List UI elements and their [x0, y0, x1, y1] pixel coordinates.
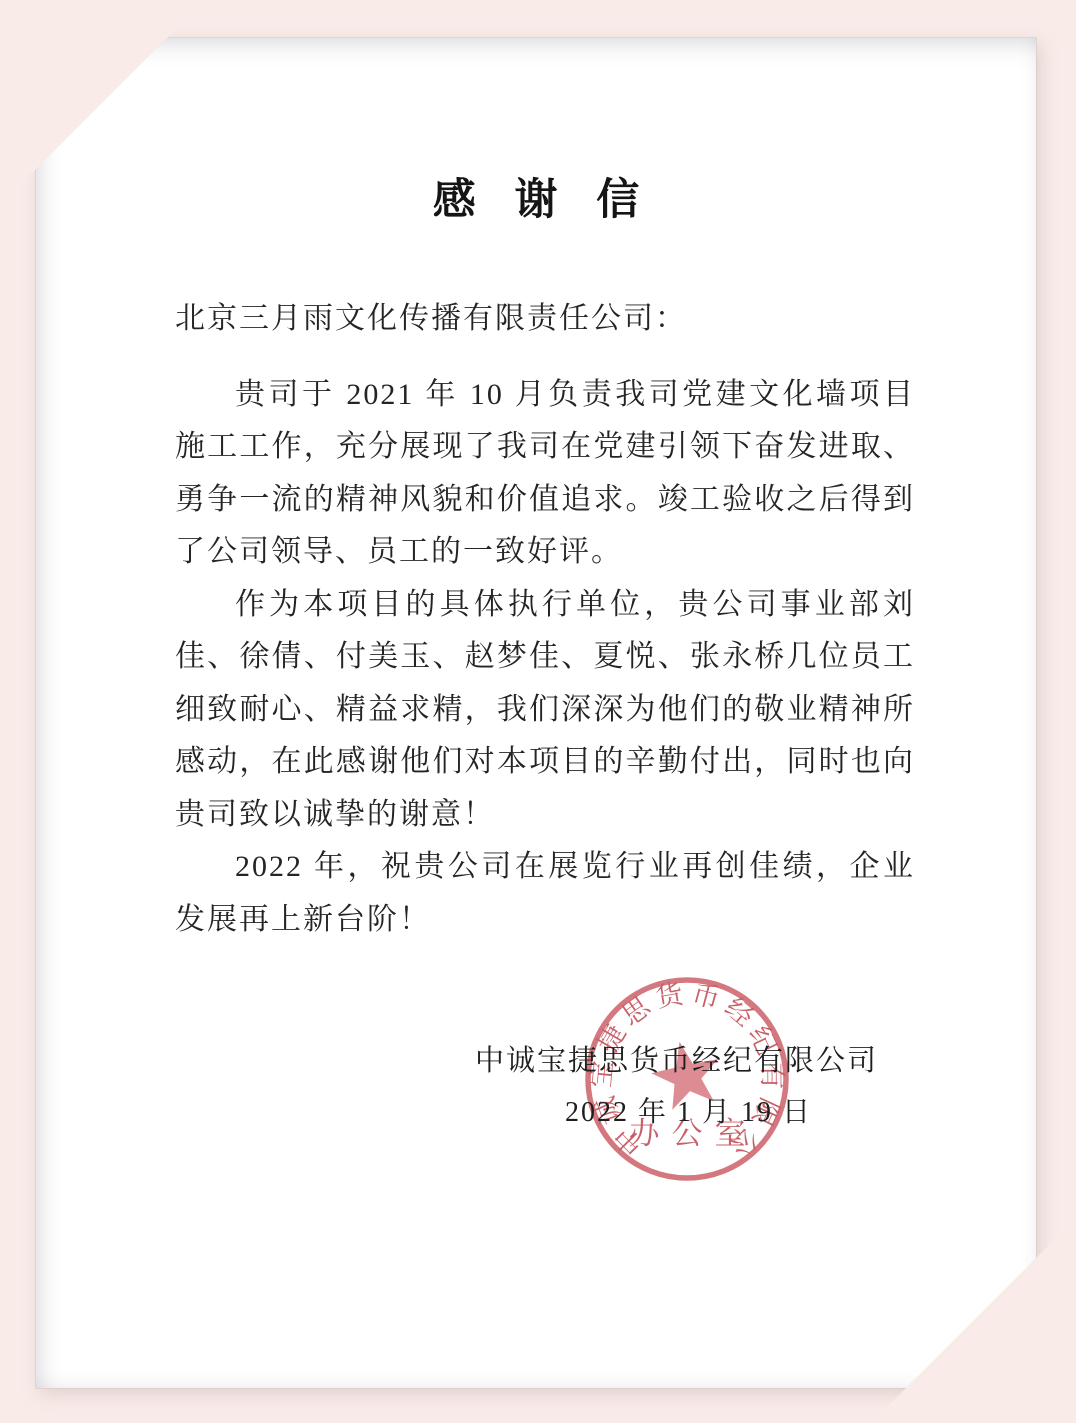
letter-body: 北京三月雨文化传播有限责任公司： 贵司于 2021 年 10 月负责我司党建文化… — [175, 293, 915, 946]
letter-title: 感 谢 信 — [36, 166, 1036, 227]
letter-page: 感 谢 信 北京三月雨文化传播有限责任公司： 贵司于 2021 年 10 月负责… — [36, 38, 1036, 1388]
paragraph-2: 作为本项目的具体执行单位，贵公司事业部刘佳、徐倩、付美玉、赵梦佳、夏悦、张永桥几… — [175, 579, 915, 842]
company-seal-stamp: 中诚宝捷思货币经纪有限公司 办公室 — [572, 964, 802, 1194]
paragraph-3: 2022 年，祝贵公司在展览行业再创佳绩，企业发展再上新台阶！ — [175, 841, 915, 946]
salutation: 北京三月雨文化传播有限责任公司： — [175, 293, 915, 346]
signature-date: 2022 年 1 月 19 日 — [565, 1090, 812, 1130]
letter-photo-background: 感 谢 信 北京三月雨文化传播有限责任公司： 贵司于 2021 年 10 月负责… — [0, 0, 1076, 1423]
signature-company: 中诚宝捷思货币经纪有限公司 — [475, 1038, 878, 1079]
paragraph-1: 贵司于 2021 年 10 月负责我司党建文化墙项目施工工作，充分展现了我司在党… — [175, 369, 915, 579]
